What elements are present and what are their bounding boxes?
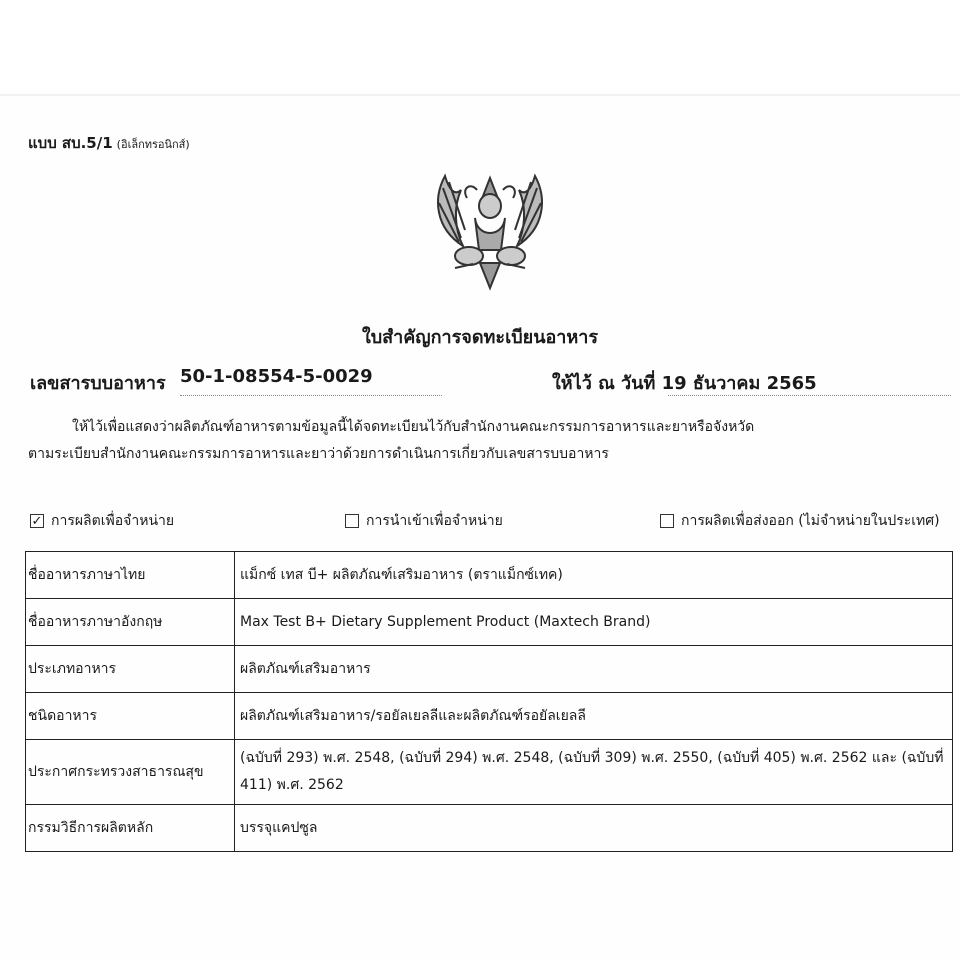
checkbox-label: การผลิตเพื่อส่งออก (ไม่จำหน่ายในประเทศ) (681, 510, 940, 532)
table-row: ประกาศกระทรวงสาธารณสุข (ฉบับที่ 293) พ.ศ… (26, 740, 953, 805)
form-code-label: แบบ สบ.5/1 (28, 134, 113, 152)
checkbox-empty-icon[interactable] (660, 514, 674, 528)
paragraph-line-2: ตามระเบียบสำนักงานคณะกรรมการอาหารและยาว่… (28, 441, 948, 468)
row-key: ประเภทอาหาร (26, 646, 235, 693)
checkbox-label: การนำเข้าเพื่อจำหน่าย (366, 510, 503, 532)
form-code-sub: (อิเล็กทรอนิกส์) (117, 138, 190, 151)
table-row: ชื่ออาหารภาษาอังกฤษ Max Test B+ Dietary … (26, 599, 953, 646)
checkbox-production-for-export[interactable]: การผลิตเพื่อส่งออก (ไม่จำหน่ายในประเทศ) (660, 510, 940, 532)
row-key: ชนิดอาหาร (26, 693, 235, 740)
checkbox-label: การผลิตเพื่อจำหน่าย (51, 510, 174, 532)
checkbox-import-for-sale[interactable]: การนำเข้าเพื่อจำหน่าย (345, 510, 503, 532)
checkbox-production-for-sale[interactable]: ✓ การผลิตเพื่อจำหน่าย (30, 510, 174, 532)
top-blank-area (0, 0, 960, 94)
dotted-line (180, 395, 442, 396)
registration-label: เลขสารบบอาหาร (30, 368, 166, 397)
table-row: ชื่ออาหารภาษาไทย แม็กซ์ เทส บี+ ผลิตภัณฑ… (26, 552, 953, 599)
row-value: บรรจุแคปซูล (235, 805, 953, 852)
checkbox-empty-icon[interactable] (345, 514, 359, 528)
issued-date: ให้ไว้ ณ วันที่ 19 ธันวาคม 2565 (552, 368, 817, 397)
form-code: แบบ สบ.5/1(อิเล็กทรอนิกส์) (28, 131, 190, 155)
dotted-line (668, 395, 951, 396)
row-value: (ฉบับที่ 293) พ.ศ. 2548, (ฉบับที่ 294) พ… (235, 740, 953, 805)
garuda-emblem-icon (425, 168, 555, 293)
checkbox-checked-icon[interactable]: ✓ (30, 514, 44, 528)
food-info-table: ชื่ออาหารภาษาไทย แม็กซ์ เทส บี+ ผลิตภัณฑ… (25, 551, 953, 852)
row-value: แม็กซ์ เทส บี+ ผลิตภัณฑ์เสริมอาหาร (ตราแ… (235, 552, 953, 599)
row-value: ผลิตภัณฑ์เสริมอาหาร (235, 646, 953, 693)
row-value: ผลิตภัณฑ์เสริมอาหาร/รอยัลเยลลีและผลิตภัณ… (235, 693, 953, 740)
row-key: ชื่ออาหารภาษาอังกฤษ (26, 599, 235, 646)
paragraph-line-1: ให้ไว้เพื่อแสดงว่าผลิตภัณฑ์อาหารตามข้อมู… (28, 414, 948, 441)
table-row: กรรมวิธีการผลิตหลัก บรรจุแคปซูล (26, 805, 953, 852)
row-key: ชื่ออาหารภาษาไทย (26, 552, 235, 599)
row-key: ประกาศกระทรวงสาธารณสุข (26, 740, 235, 805)
row-key: กรรมวิธีการผลิตหลัก (26, 805, 235, 852)
table-row: ประเภทอาหาร ผลิตภัณฑ์เสริมอาหาร (26, 646, 953, 693)
page-title: ใบสำคัญการจดทะเบียนอาหาร (0, 322, 960, 351)
table-row: ชนิดอาหาร ผลิตภัณฑ์เสริมอาหาร/รอยัลเยลลี… (26, 693, 953, 740)
declaration-paragraph: ให้ไว้เพื่อแสดงว่าผลิตภัณฑ์อาหารตามข้อมู… (28, 414, 948, 468)
registration-number: 50-1-08554-5-0029 (180, 366, 373, 387)
row-value: Max Test B+ Dietary Supplement Product (… (235, 599, 953, 646)
